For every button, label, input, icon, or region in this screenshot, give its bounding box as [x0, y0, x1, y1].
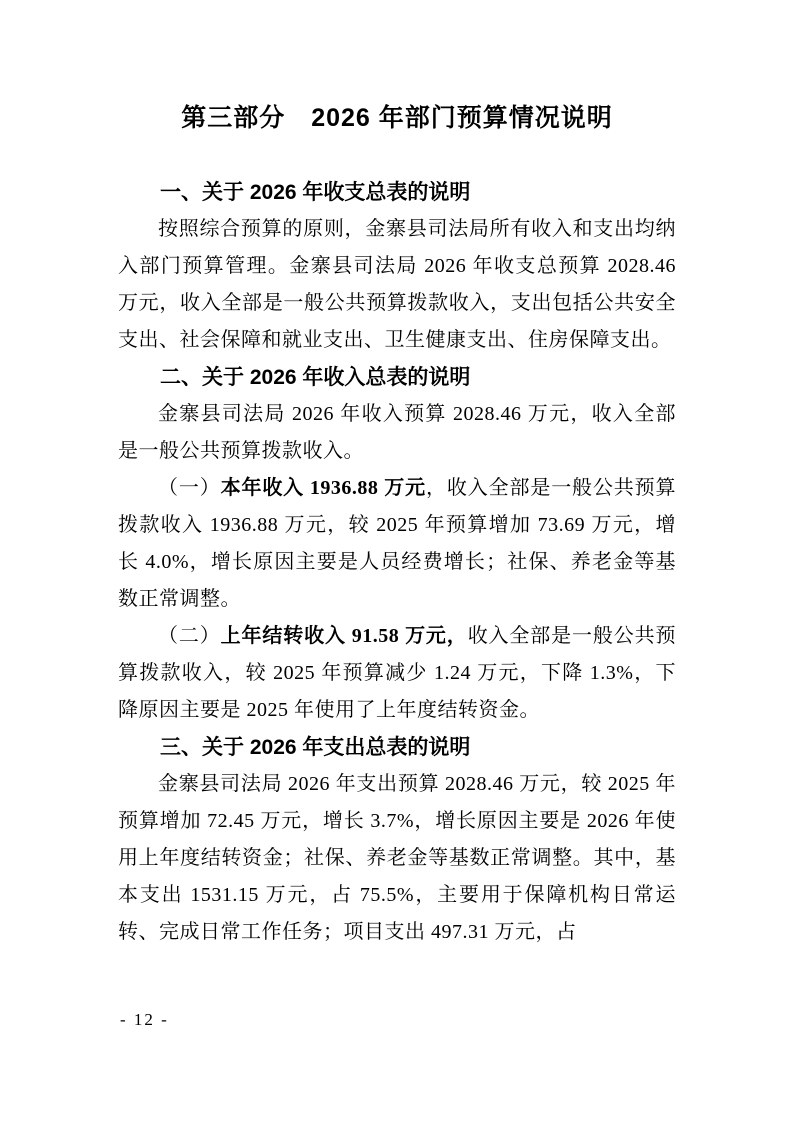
- section2-paragraph-income-total: 金寨县司法局 2026 年收入预算 2028.46 万元，收入全部是一般公共预算…: [118, 396, 676, 470]
- section1-heading: 一、关于 2026 年收支总表的说明: [118, 174, 676, 211]
- item2-prefix: （二）: [158, 625, 221, 647]
- section2-heading: 二、关于 2026 年收入总表的说明: [118, 359, 676, 396]
- item1-prefix: （一）: [158, 477, 221, 499]
- item1-bold-amount: 本年收入 1936.88 万元: [221, 477, 426, 499]
- document-page: 第三部分 2026 年部门预算情况说明 一、关于 2026 年收支总表的说明 按…: [118, 100, 676, 951]
- section3-paragraph-expenditure: 金寨县司法局 2026 年支出预算 2028.46 万元，较 2025 年预算增…: [118, 766, 676, 951]
- item2-bold-amount: 上年结转收入 91.58 万元，: [221, 625, 468, 647]
- section2-paragraph-current-year-income: （一）本年收入 1936.88 万元，收入全部是一般公共预算拨款收入 1936.…: [118, 470, 676, 618]
- section2-paragraph-carryover-income: （二）上年结转收入 91.58 万元，收入全部是一般公共预算拨款收入，较 202…: [118, 618, 676, 729]
- section3-heading: 三、关于 2026 年支出总表的说明: [118, 729, 676, 766]
- page-number: - 12 -: [120, 1008, 169, 1032]
- document-title: 第三部分 2026 年部门预算情况说明: [118, 100, 676, 137]
- section1-paragraph-overview: 按照综合预算的原则，金寨县司法局所有收入和支出均纳入部门预算管理。金寨县司法局 …: [118, 211, 676, 359]
